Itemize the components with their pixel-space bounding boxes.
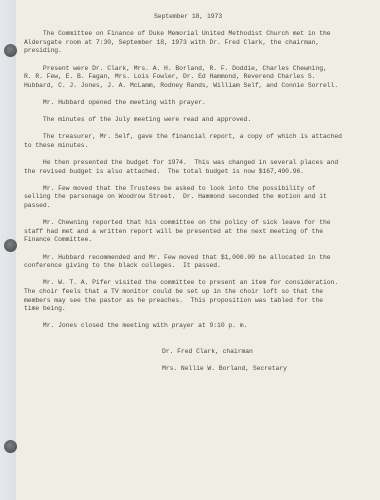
paragraph: Mr. Chewning reported that his committee… [24,219,369,245]
paragraph-line: Mr. Hubbard recommended and Mr. Few move… [24,254,369,263]
paragraph-gap [24,108,369,117]
paragraph: Mr. Jones closed the meeting with prayer… [24,322,369,331]
paragraph-line: Mr. W. T. A. Pifer visited the committee… [24,279,369,288]
paragraph-line: The Committee on Finance of Duke Memoria… [24,30,369,39]
document-date: September 18, 1973 [24,13,369,22]
paragraph-line: time being. [24,305,369,314]
paragraph: Mr. Few moved that the Trustees be asked… [24,185,369,211]
paragraph-gap [24,271,369,280]
signature-chairman: Dr. Fred Clark, chairman [24,348,369,357]
signature-secretary: Mrs. Nellie W. Borland, Secretary [24,365,369,374]
paragraph-line: He then presented the budget for 1974. T… [24,159,369,168]
paragraph: The minutes of the July meeting were rea… [24,116,369,125]
paragraph-line: passed. [24,202,369,211]
paragraph: The treasurer, Mr. Self, gave the financ… [24,133,369,150]
paragraph-gap [24,245,369,254]
paragraph-line: R. R. Few, E. B. Fagan, Mrs. Lois Fowler… [24,73,369,82]
paragraph-line: The choir feels that a TV monitor could … [24,288,369,297]
paragraph-line: presiding. [24,47,369,56]
paragraph-line: to these minutes. [24,142,369,151]
punch-hole-middle [4,239,17,252]
paragraph: Mr. Hubbard recommended and Mr. Few move… [24,254,369,271]
paragraph: Mr. W. T. A. Pifer visited the committee… [24,279,369,313]
paragraph-line: The minutes of the July meeting were rea… [24,116,369,125]
paragraph-line: Mr. Chewning reported that his committee… [24,219,369,228]
paragraph-line: Present were Dr. Clark, Mrs. A. H. Borla… [24,65,369,74]
paragraph-gap [24,211,369,220]
paragraph-line: Aldersgate room at 7:30, September 18, 1… [24,39,369,48]
punch-hole-bottom [4,440,17,453]
paragraph-gap [24,90,369,99]
paragraph-line: selling the parsonage on Woodrow Street.… [24,193,369,202]
paragraph-line: members may see the pastor as he preache… [24,297,369,306]
paragraph-line: Hubbard, C. J. Jones, J. A. McLamm, Rodn… [24,82,369,91]
paragraph-line: Mr. Hubbard opened the meeting with pray… [24,99,369,108]
paragraph-line: conference giving to the black colleges.… [24,262,369,271]
paragraph: Present were Dr. Clark, Mrs. A. H. Borla… [24,65,369,91]
paragraph-gap [24,56,369,65]
paragraph-line: The treasurer, Mr. Self, gave the financ… [24,133,369,142]
paragraph-line: the revised budget is also attached. The… [24,168,369,177]
paragraph-gap [24,331,369,340]
paragraph-line: staff had met and a written report will … [24,228,369,237]
paragraph: Mr. Hubbard opened the meeting with pray… [24,99,369,108]
minutes-paragraphs: The Committee on Finance of Duke Memoria… [24,30,369,339]
paragraph-gap [24,125,369,134]
paragraph-gap [24,151,369,160]
paragraph-line: Mr. Jones closed the meeting with prayer… [24,322,369,331]
paragraph-gap [24,176,369,185]
paragraph: The Committee on Finance of Duke Memoria… [24,30,369,56]
document-body: September 18, 1973 The Committee on Fina… [24,13,369,374]
paragraph: He then presented the budget for 1974. T… [24,159,369,176]
paragraph-line: Mr. Few moved that the Trustees be asked… [24,185,369,194]
paragraph-gap [24,314,369,323]
paragraph-line: Finance Committee. [24,236,369,245]
punch-hole-top [4,44,17,57]
